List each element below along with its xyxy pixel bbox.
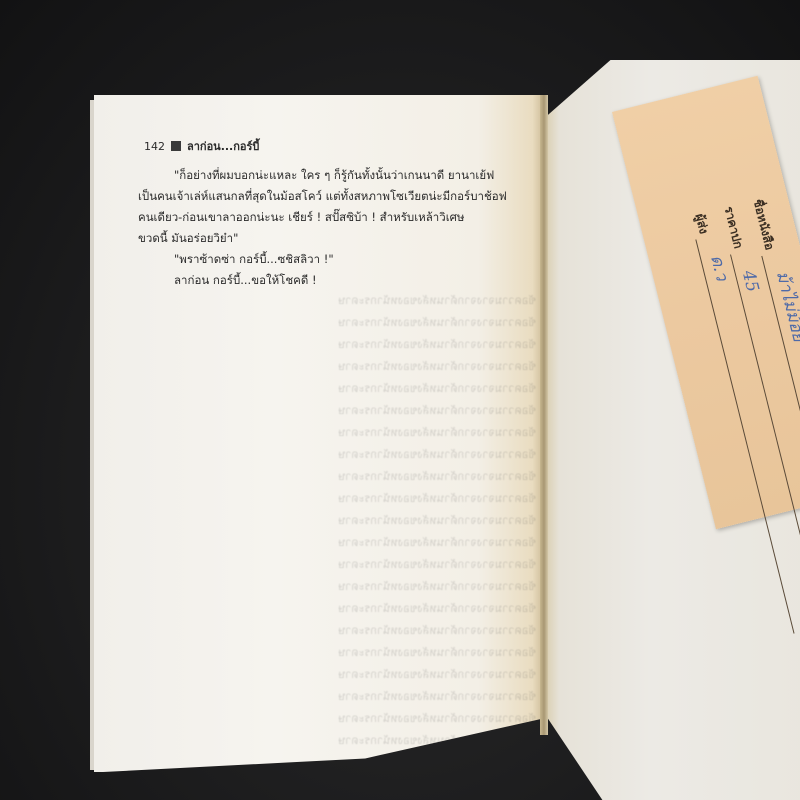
paragraph-line: "ก็อย่างที่ผมบอกน่ะแหละ ใคร ๆ ก็รู้กันทั… — [156, 165, 526, 186]
body-text: "ก็อย่างที่ผมบอกน่ะแหละ ใคร ๆ ก็รู้กันทั… — [156, 165, 526, 291]
square-bullet-icon — [171, 141, 181, 151]
note-label: ผู้ส่ง — [690, 212, 713, 236]
show-through-text: ข้อความจางจากด้านหลังของหน้ากระดาษ ข้อคว… — [156, 290, 536, 752]
running-head: 142 ลาก่อน...กอร์บี้ — [144, 137, 259, 155]
paragraph-line: คนเดียว-ก่อนเขาลาออกน่ะนะ เชียร์ ! สปั๊ส… — [138, 207, 526, 228]
chapter-title: ลาก่อน...กอร์บี้ — [187, 137, 259, 155]
left-book-page: 142 ลาก่อน...กอร์บี้ ข้อความจางจากด้านหล… — [94, 95, 546, 772]
book-gutter — [540, 95, 548, 735]
handwritten-value: 45 — [738, 268, 763, 294]
page-number: 142 — [144, 140, 165, 153]
paragraph-line: เป็นคนเจ้าเล่ห์แสนกลที่สุดในม้อสโคว์ แต่… — [138, 186, 526, 207]
paragraph-line: "พราซ้าดซ่า กอร์บี้...ซชิสลิวา !" — [156, 249, 526, 270]
paragraph-line: ลาก่อน กอร์บี้...ขอให้โชคดี ! — [156, 270, 526, 291]
paragraph-line: ขวดนี้ มันอร่อยวิย๋า" — [138, 228, 526, 249]
handwritten-value: ด.ว — [703, 252, 735, 284]
